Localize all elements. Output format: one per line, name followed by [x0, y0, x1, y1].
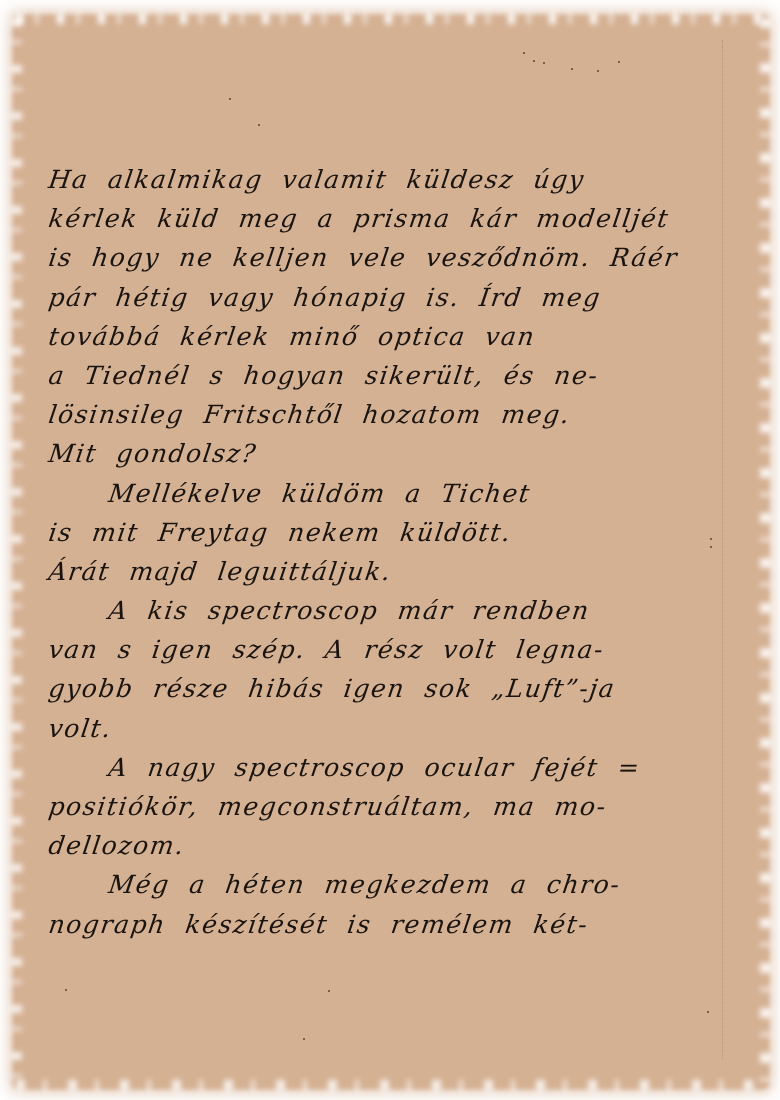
letter-line: pár hétig vagy hónapig is. Írd meg: [46, 278, 732, 317]
paper-speck: [328, 990, 330, 992]
torn-edge-left: [10, 18, 22, 1086]
letter-line-paragraph-start: Még a héten megkezdem a chro-: [46, 865, 732, 904]
letter-line: van s igen szép. A rész volt legna-: [46, 630, 732, 669]
letter-line: volt.: [46, 709, 732, 748]
letter-line: positiókör, megconstruáltam, ma mo-: [46, 787, 732, 826]
torn-edge-top: [16, 12, 766, 24]
letter-line-paragraph-start: A nagy spectroscop ocular fejét =: [46, 748, 732, 787]
letter-line-paragraph-start: Mellékelve küldöm a Tichet: [46, 474, 732, 513]
letter-line: továbbá kérlek minő optica van: [46, 317, 732, 356]
letter-line: a Tiednél s hogyan sikerült, és ne-: [46, 356, 732, 395]
paper-speck: [618, 61, 620, 63]
letter-line: nograph készítését is remélem két-: [46, 905, 732, 944]
letter-line: gyobb része hibás igen sok „Luft”-ja: [46, 669, 732, 708]
letter-line: kérlek küld meg a prisma kár modelljét: [46, 199, 732, 238]
paper-speck: [543, 62, 545, 64]
paper-speck: [258, 124, 260, 126]
letter-line: Árát majd leguittáljuk.: [46, 552, 732, 591]
letter-line: is mit Freytag nekem küldött.: [46, 513, 732, 552]
letter-line: is hogy ne kelljen vele vesződnöm. Ráér: [46, 238, 732, 277]
letter-line: Ha alkalmikag valamit küldesz úgy: [46, 160, 732, 199]
paper-speck: [533, 60, 535, 62]
torn-edge-right: [760, 18, 772, 1086]
letter-line: dellozom.: [46, 826, 732, 865]
paper-speck: [597, 70, 599, 72]
paper-speck: [65, 989, 67, 991]
paper-speck: [229, 98, 231, 100]
letter-line: lösinsileg Fritschtől hozatom meg.: [46, 395, 732, 434]
letter-body: Ha alkalmikag valamit küldesz úgy kérlek…: [46, 160, 726, 944]
letter-line-paragraph-start: A kis spectroscop már rendben: [46, 591, 732, 630]
paper-speck: [707, 1011, 709, 1013]
letter-line: Mit gondolsz?: [46, 434, 732, 473]
paper-speck: [303, 1038, 305, 1040]
torn-edge-bottom: [16, 1080, 766, 1092]
paper-speck: [571, 68, 573, 70]
paper-speck: [523, 52, 525, 54]
